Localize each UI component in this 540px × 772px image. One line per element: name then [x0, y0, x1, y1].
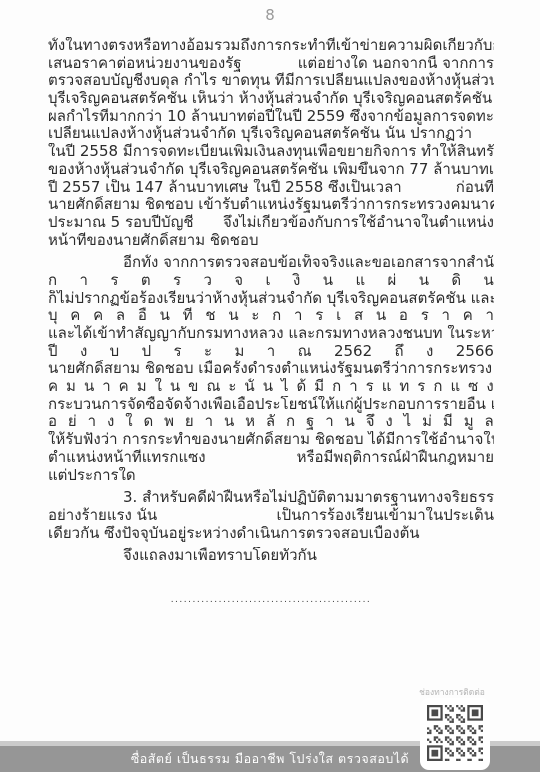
text-segment: บุ	[48, 307, 58, 325]
text-segment: น	[345, 413, 355, 431]
text-segment: มี	[443, 413, 453, 431]
text-line: ประมาณ 5 รอบปีบัญชีจึงไม่เกี่ยวข้องกับกา…	[48, 214, 494, 232]
text-line: คมนาคมในขณะนั้นได้มีการแทรกแซง	[48, 378, 494, 396]
qr-contact-label: ช่องทางการติดต่อ	[392, 685, 512, 699]
text-segment: ห	[245, 413, 255, 431]
text-segment: น	[224, 413, 234, 431]
qr-code	[427, 705, 483, 761]
text-segment: 2566	[456, 343, 494, 361]
text-segment: พ	[164, 413, 174, 431]
text-segment: แ	[355, 272, 365, 290]
text-segment: ผ่	[388, 272, 397, 290]
text-segment: ซ	[468, 378, 478, 396]
text-segment: นั้	[244, 378, 254, 396]
text-segment: ง	[385, 413, 392, 431]
text-segment: ลั	[266, 413, 275, 431]
text-line: หน้าที่ของนายศักดิ์สยาม ชิดชอบ	[48, 232, 494, 250]
text-line: เสนอราคาต่อหน่วยงานของรัฐแต่อย่างใด นอกจ…	[48, 55, 494, 73]
text-segment: า	[205, 413, 213, 431]
text-segment: า	[294, 307, 302, 325]
text-segment: น	[419, 272, 429, 290]
text-segment: ย่	[68, 413, 77, 431]
text-segment: มู	[464, 413, 474, 431]
text-line: เดียวกัน ซึ่งปัจจุบันอยู่ระหว่างดำเนินกา…	[48, 525, 494, 543]
text-segment: ก	[272, 307, 281, 325]
text-segment: อ	[48, 413, 57, 431]
text-segment: ค	[70, 307, 80, 325]
text-segment: ย	[185, 413, 194, 431]
text-segment: ง	[426, 343, 433, 361]
text-segment: น	[484, 272, 494, 290]
text-line: กระบวนการจัดซื้อจัดจ้างเพื่อเอื้อประโยชน…	[48, 396, 494, 414]
text-segment: ม่	[422, 413, 432, 431]
text-segment: ปี	[48, 343, 58, 361]
text-segment: ม	[234, 343, 244, 361]
text-segment: ก	[433, 378, 442, 396]
text-segment: า	[325, 413, 333, 431]
text-line: บุคคลอื่นที่ชนะการเสนอราคา	[48, 307, 494, 325]
text-segment: ส	[354, 307, 363, 325]
text-segment: ง	[107, 413, 114, 431]
text-segment: ข	[188, 378, 198, 396]
text-segment: ก่อนที่	[456, 179, 494, 197]
text-segment: ณ	[298, 343, 312, 361]
text-segment: ม	[137, 378, 147, 396]
text-line: 3. สำหรับคดีฝ่าฝืนหรือไม่ปฏิบัติตามมาตรฐ…	[48, 489, 494, 507]
text-segment: ก	[48, 272, 57, 290]
text-line: ปีงบประมาณ2562ถึง2566	[48, 343, 494, 361]
text-segment: น	[160, 307, 170, 325]
text-line: ให้รับฟังว่า การกระทำของนายศักดิ์สยาม ชิ…	[48, 431, 494, 449]
text-segment: ฐ	[306, 413, 314, 431]
text-line: แต่ประการใด	[48, 467, 494, 485]
text-segment: ประมาณ 5 รอบปีบัญชี	[48, 214, 194, 232]
text-segment: ก	[286, 413, 295, 431]
text-line: การตรวจเงินแผ่นดิน	[48, 272, 494, 290]
text-line: ของห้างหุ้นส่วนจำกัด บุรีเจริญคอนสตรัคชั…	[48, 161, 494, 179]
text-segment: ร	[366, 378, 374, 396]
text-segment: น	[84, 378, 94, 396]
text-segment: เ	[265, 272, 270, 290]
text-segment: ด	[143, 413, 153, 431]
text-line: จึงแถลงมาเพื่อทราบโดยทั่วกัน	[48, 547, 494, 565]
text-segment: เป็นการร้องเรียนเข้ามาในประเด็น	[276, 507, 494, 525]
text-segment: แ	[450, 378, 460, 396]
text-segment: ใ	[155, 378, 162, 396]
paragraph: อีกทั้ง จากการตรวจสอบข้อเท็จจริงและขอเอก…	[48, 254, 494, 484]
text-line: อย่างร้ายแรง นั้นเป็นการร้องเรียนเข้ามาใ…	[48, 507, 494, 525]
text-segment: แ	[382, 378, 392, 396]
text-segment: ป	[142, 343, 152, 361]
text-segment: ร	[173, 272, 181, 290]
text-line: เปลี่ยนแปลงห้างหุ้นส่วนจำกัด บุรีเจริญคอ…	[48, 125, 494, 143]
paragraph: 3. สำหรับคดีฝ่าฝืนหรือไม่ปฏิบัติตามมาตรฐ…	[48, 489, 494, 542]
text-line: และได้เข้าทำสัญญากับกรมทางหลวง และกรมทาง…	[48, 325, 494, 343]
text-segment: ด้	[297, 378, 307, 396]
text-line: ผลกำไรที่มากกว่า 10 ล้านบาทต่อปีในปี 255…	[48, 108, 494, 126]
text-segment: ร	[417, 378, 425, 396]
text-segment: ตำแหน่งหน้าที่แทรกแซง	[48, 449, 206, 467]
text-segment: า	[267, 343, 275, 361]
text-segment: งิ	[293, 272, 300, 290]
text-segment: ม	[66, 378, 76, 396]
document-body: ทั้งในทางตรงหรือทางอ้อมรวมถึงการกระทำที่…	[48, 37, 494, 610]
text-segment: จ	[234, 272, 243, 290]
text-segment: ณ	[206, 378, 220, 396]
text-line: นายศักดิ์สยาม ชิดชอบ เมื่อครั้งดำรงตำแหน…	[48, 360, 494, 378]
text-segment: า	[102, 378, 110, 396]
text-line: ปี 2557 เป็น 147 ล้านบาทเศษ ในปี 2558 ซึ…	[48, 179, 494, 197]
text-line: ในปี 2558 มีการจดทะเบียนเพิ่มเงินลงทุนเพ…	[48, 143, 494, 161]
text-segment: ไ	[281, 378, 289, 396]
text-segment: ท	[399, 378, 409, 396]
text-segment: เสนอราคาต่อหน่วยงานของรัฐ	[48, 55, 242, 73]
text-segment: ช	[205, 307, 215, 325]
text-segment: ค	[463, 307, 473, 325]
text-segment: น	[228, 307, 238, 325]
text-segment: ล	[116, 307, 125, 325]
text-segment: ค	[93, 307, 103, 325]
text-segment: า	[442, 307, 450, 325]
text-segment: น	[263, 378, 273, 396]
text-line: ก็ไม่ปรากฏข้อร้องเรียนว่าห้างหุ้นส่วนจำก…	[48, 290, 494, 308]
text-segment: จึงไม่เกี่ยวข้องกับการใช้อำนาจในตำแหน่ง	[223, 214, 494, 232]
text-segment: ร	[315, 307, 323, 325]
text-segment: ล	[485, 413, 494, 431]
text-segment: น	[323, 272, 333, 290]
text-line: ตรวจสอบบัญชีงบดุล กำไร ขาดทุน ที่มีการเป…	[48, 72, 494, 90]
text-segment: ปี 2557 เป็น 147 ล้านบาทเศษ ในปี 2558 ซึ…	[48, 179, 402, 197]
text-segment: ะ	[251, 307, 259, 325]
qr-card	[420, 698, 490, 770]
text-segment: ค	[119, 378, 129, 396]
text-segment: ต	[141, 272, 151, 290]
text-line: อย่างใดพยานหลักฐานจึงไม่มีมูล	[48, 413, 494, 431]
text-segment: ถึ	[395, 343, 404, 361]
text-segment: ไ	[404, 413, 412, 431]
text-segment: หรือมีพฤติการณ์ฝ่าฝืนกฎหมาย	[297, 449, 494, 467]
dotted-divider: ........................................…	[48, 592, 494, 610]
text-segment: เ	[336, 307, 341, 325]
text-line: นายศักดิ์สยาม ชิดชอบ เข้ารับตำแหน่งรัฐมน…	[48, 196, 494, 214]
text-line: ทั้งในทางตรงหรือทางอ้อมรวมถึงการกระทำที่…	[48, 37, 494, 55]
text-line: บุรีเจริญคอนสตรัคชั่น เห็นว่า ห้างหุ้นส่…	[48, 90, 494, 108]
text-segment: ดิ	[451, 272, 461, 290]
text-segment: อื่	[138, 307, 147, 325]
text-segment: า	[80, 272, 88, 290]
text-segment: ง	[486, 378, 493, 396]
text-segment: อ	[399, 307, 408, 325]
text-segment: 2562	[334, 343, 372, 361]
text-segment: มี	[314, 378, 324, 396]
text-segment: บ	[110, 343, 120, 361]
text-segment: ค	[48, 378, 58, 396]
text-segment: จึ	[366, 413, 375, 431]
text-segment: แต่อย่างใด นอกจากนี้ จากการ	[298, 55, 494, 73]
page-number: 8	[0, 6, 540, 24]
text-line: อีกทั้ง จากการตรวจสอบข้อเท็จจริงและขอเอก…	[48, 254, 494, 272]
text-segment: า	[486, 307, 494, 325]
text-segment: ง	[80, 343, 87, 361]
qr-code-icon	[427, 705, 483, 761]
text-segment: น	[170, 378, 180, 396]
text-segment: น	[376, 307, 386, 325]
text-segment: ใ	[125, 413, 132, 431]
text-segment: ว	[203, 272, 211, 290]
text-segment: ะ	[228, 378, 236, 396]
text-segment: ะ	[204, 343, 212, 361]
text-segment: ร	[421, 307, 429, 325]
text-segment: ร	[174, 343, 182, 361]
text-segment: า	[88, 413, 96, 431]
text-segment: ที่	[183, 307, 193, 325]
paragraph: ทั้งในทางตรงหรือทางอ้อมรวมถึงการกระทำที่…	[48, 37, 494, 249]
text-segment: า	[349, 378, 357, 396]
text-segment: อย่างร้ายแรง นั้น	[48, 507, 157, 525]
text-line: ตำแหน่งหน้าที่แทรกแซงหรือมีพฤติการณ์ฝ่าฝ…	[48, 449, 494, 467]
text-segment: ร	[110, 272, 118, 290]
paragraph: จึงแถลงมาเพื่อทราบโดยทั่วกัน	[48, 547, 494, 565]
text-segment: ก	[332, 378, 341, 396]
